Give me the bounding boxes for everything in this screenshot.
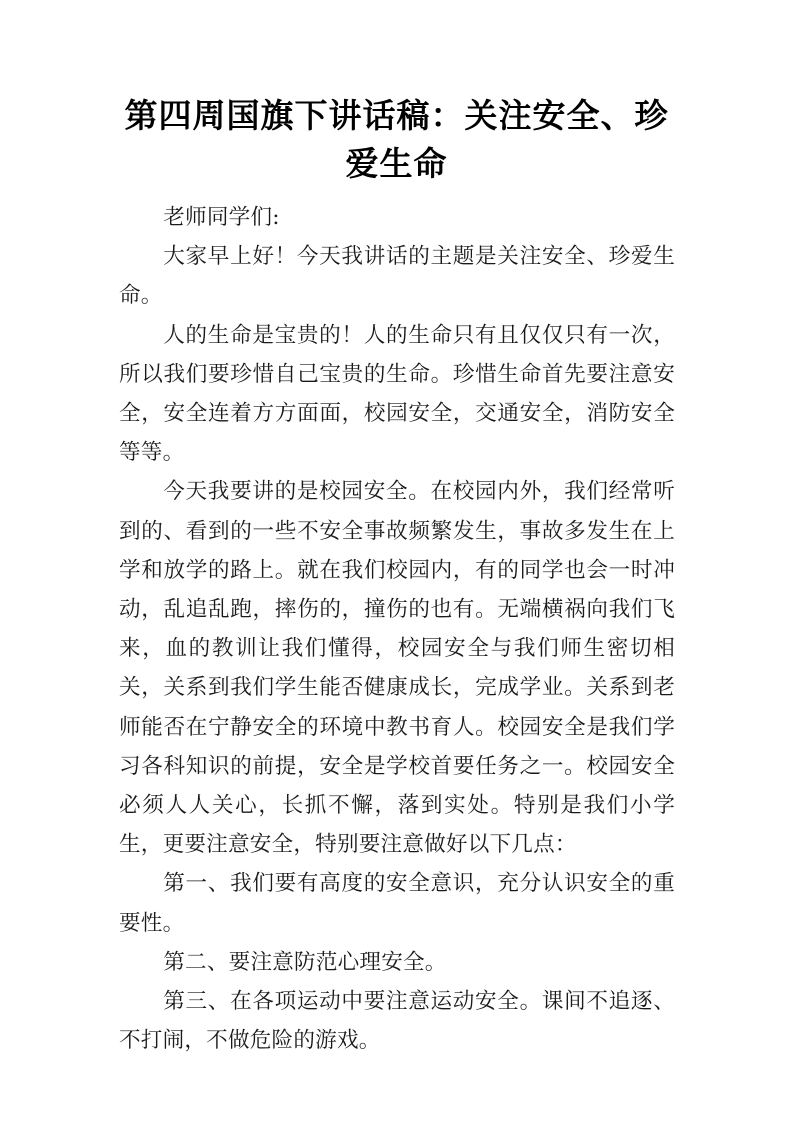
- document-body: 老师同学们: 大家早上好！今天我讲话的主题是关注安全、珍爱生命。 人的生命是宝贵…: [119, 198, 675, 1060]
- point-paragraph: 第一、我们要有高度的安全意识，充分认识安全的重要性。: [119, 864, 675, 942]
- salutation-paragraph: 老师同学们:: [119, 198, 675, 237]
- body-paragraph: 人的生命是宝贵的！人的生命只有且仅仅只有一次，所以我们要珍惜自己宝贵的生命。珍惜…: [119, 316, 675, 473]
- opening-paragraph: 大家早上好！今天我讲话的主题是关注安全、珍爱生命。: [119, 237, 675, 315]
- point-paragraph: 第二、要注意防范心理安全。: [119, 943, 675, 982]
- document-title: 第四周国旗下讲话稿：关注安全、珍爱生命: [110, 92, 683, 188]
- document-page: 第四周国旗下讲话稿：关注安全、珍爱生命 老师同学们: 大家早上好！今天我讲话的主…: [0, 0, 793, 1122]
- point-paragraph: 第三、在各项运动中要注意运动安全。课间不追逐、不打闹，不做危险的游戏。: [119, 982, 675, 1060]
- body-paragraph: 今天我要讲的是校园安全。在校园内外，我们经常听到的、看到的一些不安全事故频繁发生…: [119, 472, 675, 864]
